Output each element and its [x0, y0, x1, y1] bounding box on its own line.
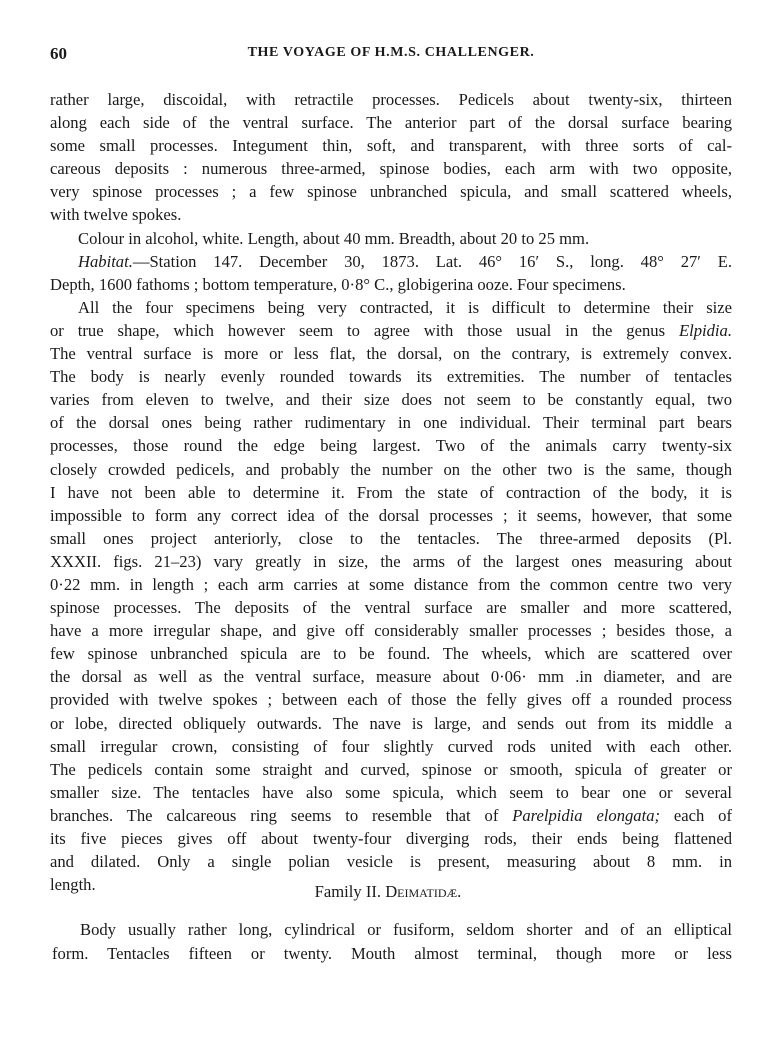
- text-line: spinose processes. The deposits of the v…: [50, 596, 732, 619]
- text-line: provided with twelve spokes ; between ea…: [50, 688, 732, 711]
- habitat-label: Habitat.: [78, 252, 133, 271]
- text-line: closely crowded pedicels, and probably t…: [50, 458, 732, 481]
- genus-elpidia: Elpidia.: [679, 321, 732, 340]
- text-line: along each side of the ventral surface. …: [50, 111, 732, 134]
- text-line: varies from eleven to twelve, and their …: [50, 388, 732, 411]
- colour-size-line: Colour in alcohol, white. Length, about …: [50, 227, 732, 250]
- text-line: I have not been able to determine it. Fr…: [50, 481, 732, 504]
- text-line: rather large, discoidal, with retractile…: [50, 88, 732, 111]
- text-line: The body is nearly evenly rounded toward…: [50, 365, 732, 388]
- text-line: few spinose unbranched spicula are to be…: [50, 642, 732, 665]
- text-line: The ventral surface is more or less flat…: [50, 342, 732, 365]
- text-line: form. Tentacles fifteen or twenty. Mouth…: [52, 942, 732, 966]
- species-parelpidia-elongata: Parelpidia elongata;: [512, 806, 660, 825]
- text-line: small irregular crown, consisting of fou…: [50, 735, 732, 758]
- text-line: small ones project anteriorly, close to …: [50, 527, 732, 550]
- text-line: branches. The calcareous ring seems to r…: [50, 804, 732, 827]
- text-line: of the dorsal ones being rather rudiment…: [50, 411, 732, 434]
- text-line: and dilated. Only a single polian vesicl…: [50, 850, 732, 873]
- page-header: 60 THE VOYAGE OF H.M.S. CHALLENGER.: [50, 44, 732, 68]
- text-line: Depth, 1600 fathoms ; bottom temperature…: [50, 273, 732, 296]
- section-heading: Family II. Deimatidæ.: [0, 882, 776, 902]
- text-line: The pedicels contain some straight and c…: [50, 758, 732, 781]
- text-line: have a more irregular shape, and give of…: [50, 619, 732, 642]
- text-line: processes, those round the edge being la…: [50, 434, 732, 457]
- text-line: careous deposits : numerous three-armed,…: [50, 157, 732, 180]
- text-line: impossible to form any correct idea of t…: [50, 504, 732, 527]
- text-line: very spinose processes ; a few spinose u…: [50, 180, 732, 203]
- text-line: with twelve spokes.: [50, 203, 732, 226]
- family-name: Deimatidæ.: [385, 882, 461, 901]
- text-line: Body usually rather long, cylindrical or…: [52, 918, 732, 942]
- text-line: or lobe, directed obliquely outwards. Th…: [50, 712, 732, 735]
- text-line: 0·22 mm. in length ; each arm carries at…: [50, 573, 732, 596]
- text-line: XXXII. figs. 21–23) vary greatly in size…: [50, 550, 732, 573]
- habitat-line: Habitat.—Station 147. December 30, 1873.…: [50, 250, 732, 273]
- text-line: the dorsal as well as the ventral surfac…: [50, 665, 732, 688]
- text-line: All the four specimens being very contra…: [50, 296, 732, 319]
- section-text: Body usually rather long, cylindrical or…: [52, 918, 732, 965]
- text-line: or true shape, which however seem to agr…: [50, 319, 732, 342]
- text-line: its five pieces gives off about twenty-f…: [50, 827, 732, 850]
- running-title: THE VOYAGE OF H.M.S. CHALLENGER.: [50, 45, 732, 61]
- text-line: smaller size. The tentacles have also so…: [50, 781, 732, 804]
- body-text: rather large, discoidal, with retractile…: [50, 88, 732, 896]
- text-line: some small processes. Integument thin, s…: [50, 134, 732, 157]
